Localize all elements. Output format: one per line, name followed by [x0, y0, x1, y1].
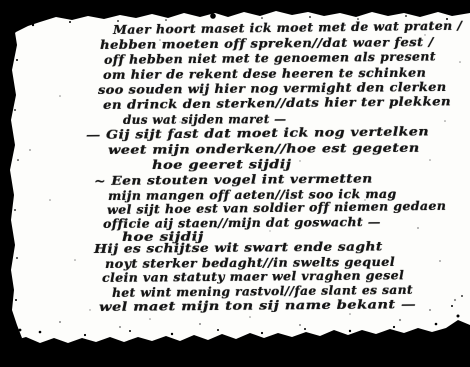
manuscript-line: en drinck den sterken//dats hier ter ple… [103, 93, 451, 112]
manuscript-line: weet mijn onderken//hoe est gegeten [108, 140, 420, 157]
manuscript-line: wel maet mijn ton sij name bekant — [99, 296, 416, 314]
manuscript-lines: Maer hoort maset ick moet met de wat pra… [0, 0, 470, 367]
scanned-manuscript-page: Maer hoort maset ick moet met de wat pra… [0, 0, 470, 367]
manuscript-line: ~ Een stouten vogel int vermetten [94, 171, 373, 188]
manuscript-line: hoe geeret sijdij [152, 156, 291, 172]
